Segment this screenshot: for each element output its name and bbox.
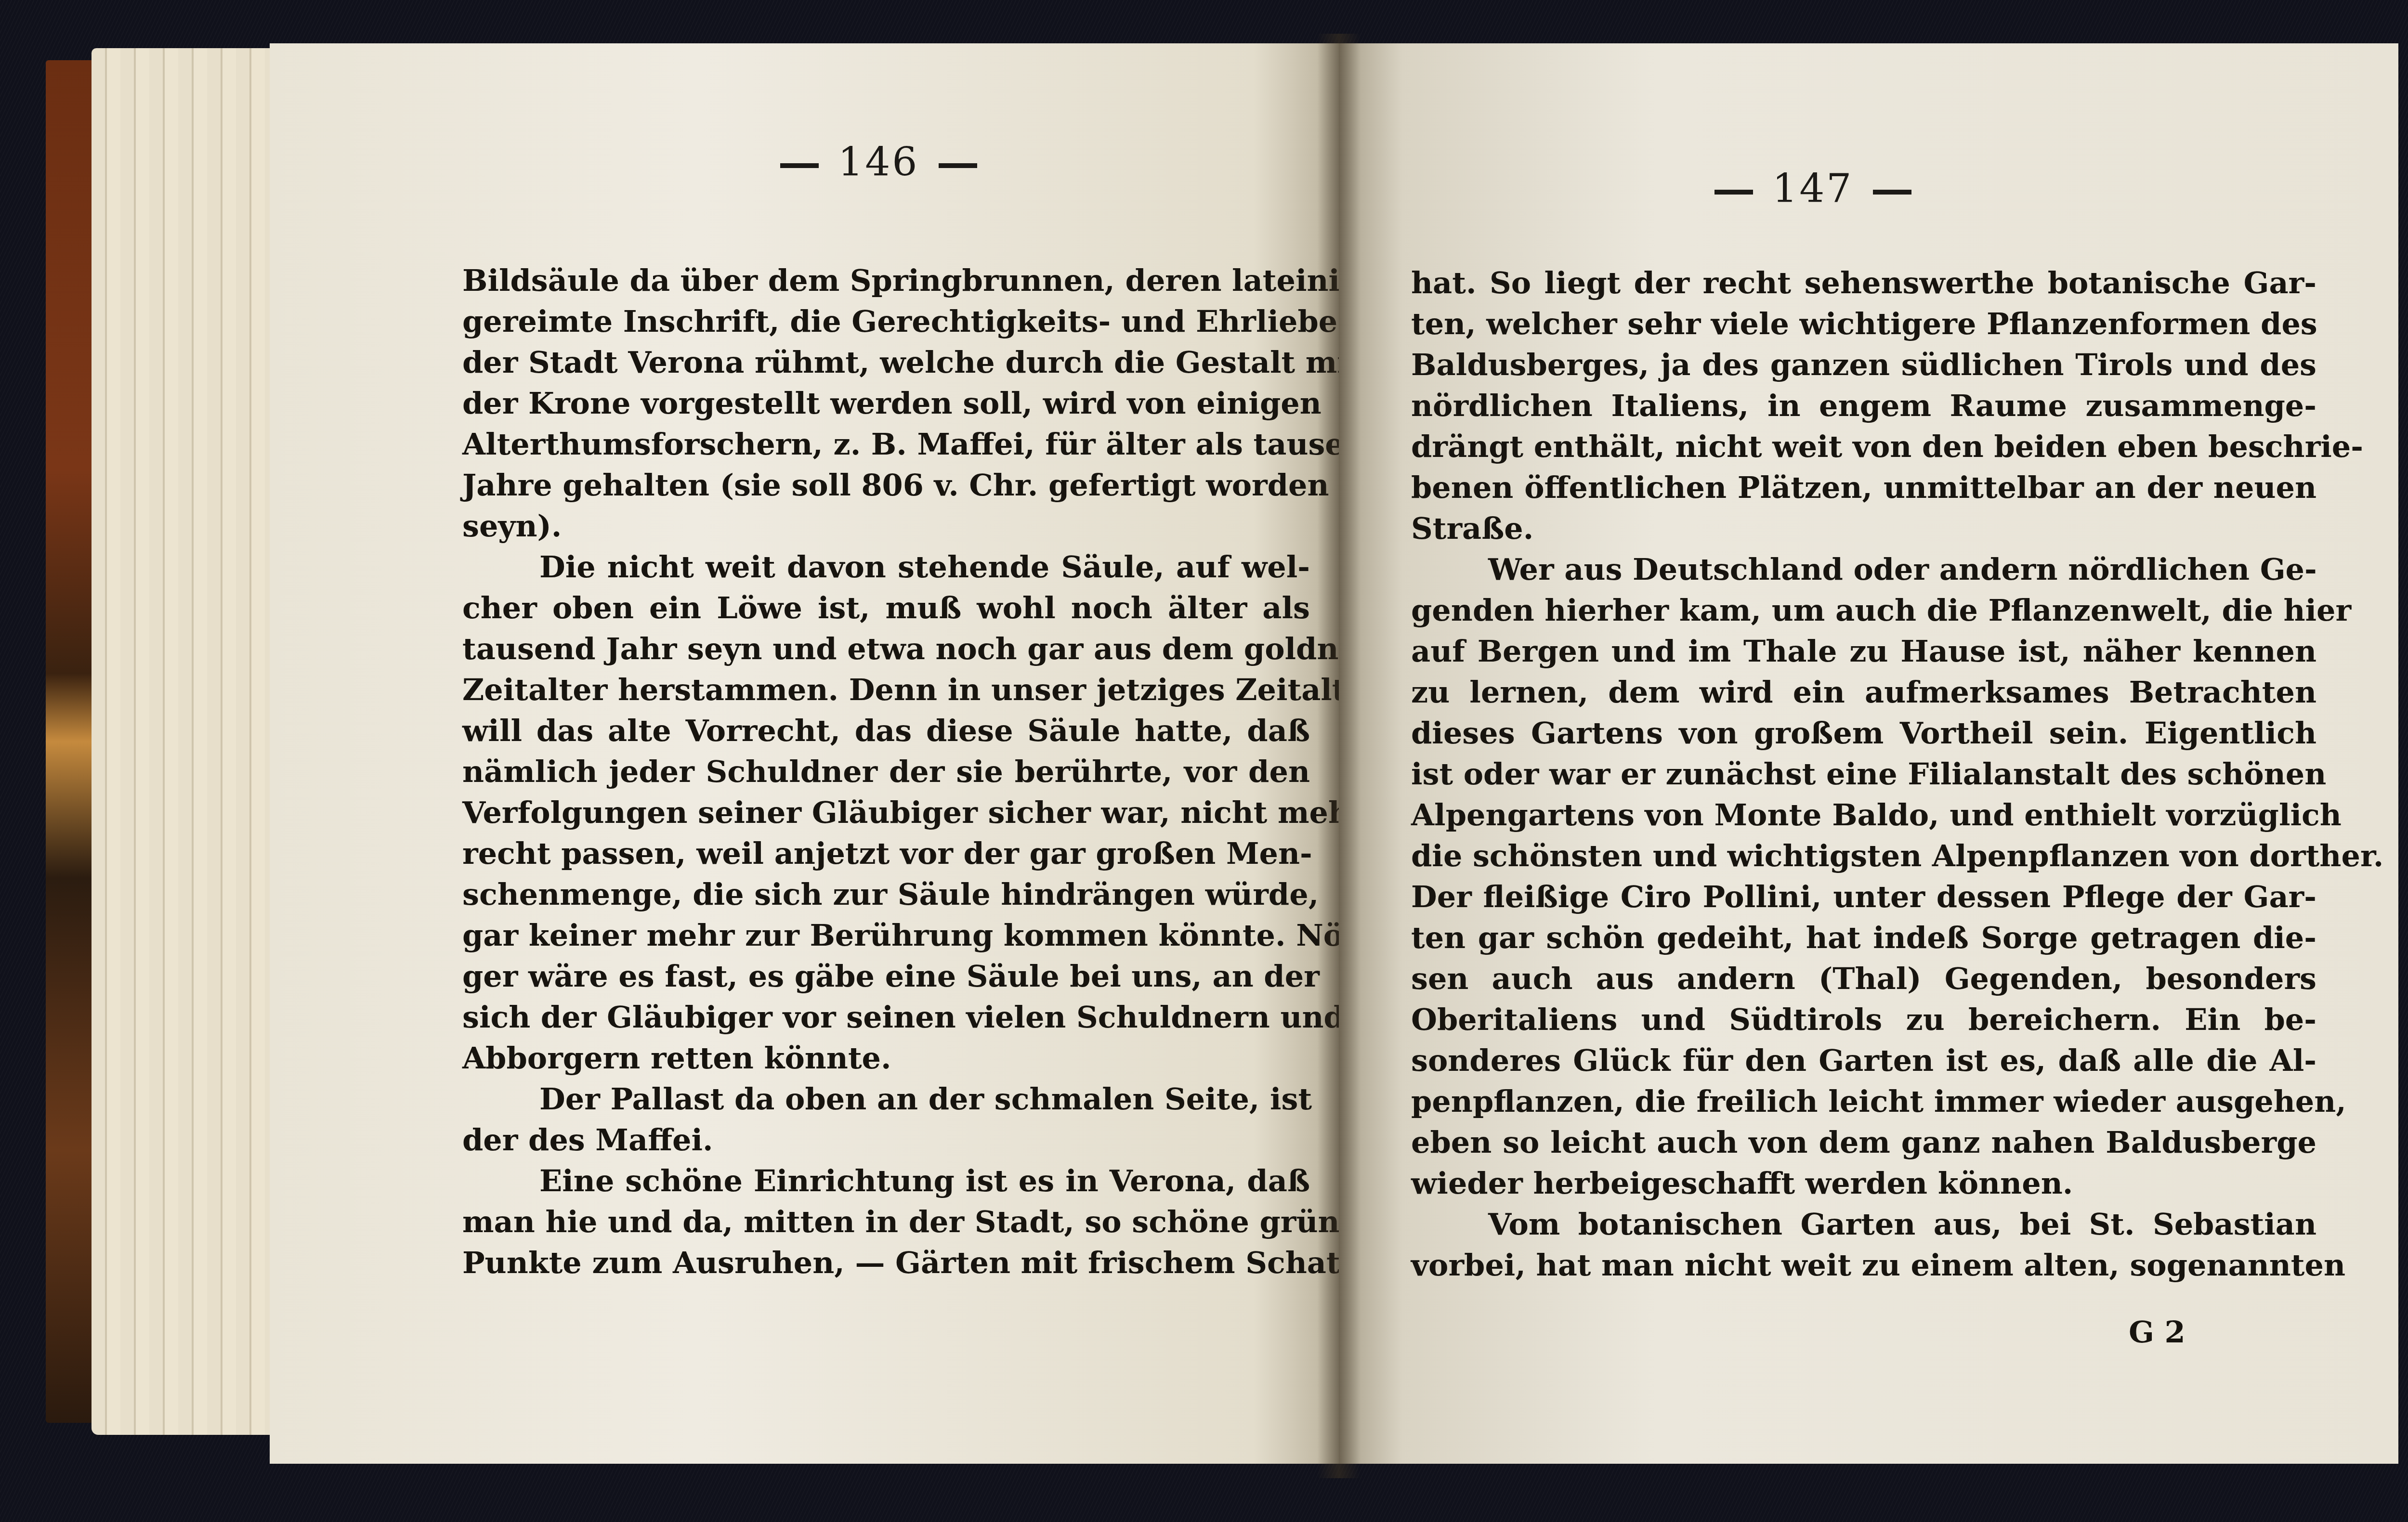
dash-decoration xyxy=(1873,190,1911,195)
text-line: Jahre gehalten (sie soll 806 v. Chr. gef… xyxy=(462,465,1310,506)
page-header-right: 147 xyxy=(1695,166,1931,212)
right-page-body-text: hat. So liegt der recht sehenswerthe bot… xyxy=(1411,262,2316,1286)
text-line: recht passen, weil anjetzt vor der gar g… xyxy=(462,833,1310,874)
text-line: Die nicht weit davon stehende Säule, auf… xyxy=(462,546,1310,587)
page-number: 146 xyxy=(838,140,919,185)
text-line: cher oben ein Löwe ist, muß wohl noch äl… xyxy=(462,587,1310,628)
text-line: Oberitaliens und Südtirols zu bereichern… xyxy=(1411,999,2316,1040)
text-line: ger wäre es fast, es gäbe eine Säule bei… xyxy=(462,956,1310,997)
text-line: der Stadt Verona rühmt, welche durch die… xyxy=(462,342,1310,383)
text-line: vorbei, hat man nicht weit zu einem alte… xyxy=(1411,1245,2316,1286)
text-line: sonderes Glück für den Garten ist es, da… xyxy=(1411,1040,2316,1081)
text-line: Eine schöne Einrichtung ist es in Verona… xyxy=(462,1160,1310,1201)
text-line: nämlich jeder Schuldner der sie berührte… xyxy=(462,751,1310,792)
text-line: benen öffentlichen Plätzen, unmittelbar … xyxy=(1411,467,2316,508)
text-line: sen auch aus andern (Thal) Gegenden, bes… xyxy=(1411,958,2316,999)
left-page: 146 Bildsäule da über dem Springbrunnen,… xyxy=(270,43,1339,1464)
text-line: ist oder war er zunächst eine Filialanst… xyxy=(1411,754,2316,794)
text-line: Zeitalter herstammen. Denn in unser jetz… xyxy=(462,669,1310,710)
book-gutter-shadow xyxy=(1317,34,1361,1478)
right-page: 147 hat. So liegt der recht sehenswerthe… xyxy=(1339,43,2398,1464)
text-line: Straße. xyxy=(1411,508,2316,549)
text-line: Vom botanischen Garten aus, bei St. Seba… xyxy=(1411,1204,2316,1245)
text-line: ten, welcher sehr viele wichtigere Pflan… xyxy=(1411,303,2316,344)
text-line: Wer aus Deutschland oder andern nördlich… xyxy=(1411,549,2316,590)
text-line: der Krone vorgestellt werden soll, wird … xyxy=(462,383,1310,424)
text-line: Alpengartens von Monte Baldo, und enthie… xyxy=(1411,794,2316,835)
text-line: hat. So liegt der recht sehenswerthe bot… xyxy=(1411,262,2316,303)
text-line: zu lernen, dem wird ein aufmerksames Bet… xyxy=(1411,672,2316,713)
text-line: nördlichen Italiens, in engem Raume zusa… xyxy=(1411,385,2316,426)
text-line: drängt enthält, nicht weit von den beide… xyxy=(1411,426,2316,467)
text-line: Alterthumsforschern, z. B. Maffei, für ä… xyxy=(462,424,1310,465)
signature-mark: G 2 xyxy=(2129,1314,2186,1350)
text-line: Bildsäule da über dem Springbrunnen, der… xyxy=(462,260,1310,301)
text-line: tausend Jahr seyn und etwa noch gar aus … xyxy=(462,628,1310,669)
text-line: die schönsten und wichtigsten Alpenpflan… xyxy=(1411,835,2316,876)
text-line: man hie und da, mitten in der Stadt, so … xyxy=(462,1201,1310,1242)
text-line: gereimte Inschrift, die Gerechtigkeits- … xyxy=(462,301,1310,342)
dash-decoration xyxy=(1714,190,1753,195)
text-line: Punkte zum Ausruhen, — Gärten mit frisch… xyxy=(462,1242,1310,1283)
text-line: Baldusberges, ja des ganzen südlichen Ti… xyxy=(1411,344,2316,385)
text-line: wieder herbeigeschafft werden können. xyxy=(1411,1163,2316,1204)
text-line: gar keiner mehr zur Berührung kommen kön… xyxy=(462,915,1310,956)
page-header-left: 146 xyxy=(761,140,996,185)
text-line: Verfolgungen seiner Gläubiger sicher war… xyxy=(462,792,1310,833)
dash-decoration xyxy=(780,163,819,168)
text-line: der des Maffei. xyxy=(462,1119,1310,1160)
text-line: schenmenge, die sich zur Säule hindränge… xyxy=(462,874,1310,915)
text-line: eben so leicht auch von dem ganz nahen B… xyxy=(1411,1122,2316,1163)
text-line: penpflanzen, die freilich leicht immer w… xyxy=(1411,1081,2316,1122)
text-line: ten gar schön gedeiht, hat indeß Sorge g… xyxy=(1411,917,2316,958)
text-line: auf Bergen und im Thale zu Hause ist, nä… xyxy=(1411,631,2316,672)
page-number: 147 xyxy=(1772,166,1854,212)
text-line: genden hierher kam, um auch die Pflanzen… xyxy=(1411,590,2316,631)
left-page-body-text: Bildsäule da über dem Springbrunnen, der… xyxy=(462,260,1310,1283)
dash-decoration xyxy=(939,163,977,168)
text-line: Abborgern retten könnte. xyxy=(462,1038,1310,1079)
text-line: will das alte Vorrecht, das diese Säule … xyxy=(462,710,1310,751)
text-line: Der Pallast da oben an der schmalen Seit… xyxy=(462,1079,1310,1119)
text-line: sich der Gläubiger vor seinen vielen Sch… xyxy=(462,997,1310,1038)
text-line: seyn). xyxy=(462,506,1310,546)
text-line: dieses Gartens von großem Vortheil sein.… xyxy=(1411,713,2316,754)
text-line: Der fleißige Ciro Pollini, unter dessen … xyxy=(1411,876,2316,917)
